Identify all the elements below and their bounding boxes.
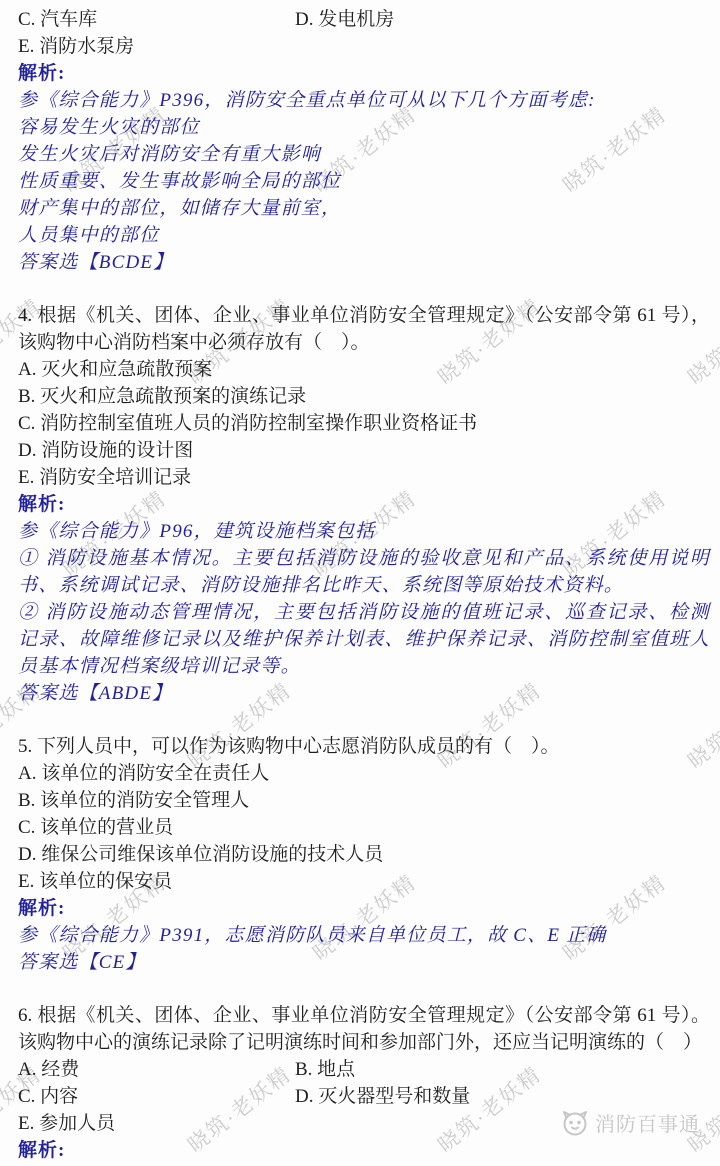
analysis-line: 参《综合能力》P96，建筑设施档案包括 xyxy=(18,518,710,545)
option-row: A. 经费B. 地点 xyxy=(18,1056,710,1083)
option-line: C. 消防控制室值班人员的消防控制室操作职业资格证书 xyxy=(18,410,710,437)
option-right: D. 发电机房 xyxy=(295,9,394,30)
question-stem: 6. 根据《机关、团体、企业、事业单位消防安全管理规定》（公安部令第 61 号）… xyxy=(18,1002,710,1056)
option-row: C. 内容D. 灭火器型号和数量 xyxy=(18,1083,710,1110)
analysis-label: 解析: xyxy=(18,895,710,922)
answer-line: 答案选【ABDE】 xyxy=(18,680,710,707)
analysis-line: ① 消防设施基本情况。主要包括消防设施的验收意见和产品、系统使用说明书、系统调试… xyxy=(18,545,710,599)
question-stem: 4. 根据《机关、团体、企业、事业单位消防安全管理规定》（公安部令第 61 号）… xyxy=(18,302,710,356)
option-line: A. 灭火和应急疏散预案 xyxy=(18,356,710,383)
spacer xyxy=(18,707,710,733)
option-line: B. 灭火和应急疏散预案的演练记录 xyxy=(18,383,710,410)
option-line: E. 消防水泵房 xyxy=(18,33,710,60)
option-row: C. 汽车库D. 发电机房 xyxy=(18,6,710,33)
option-line: B. 该单位的消防安全管理人 xyxy=(18,787,710,814)
analysis-line: 发生火灾后对消防安全有重大影响 xyxy=(18,141,710,168)
analysis-line: 性质重要、发生事故影响全局的部位 xyxy=(18,168,710,195)
document-content: C. 汽车库D. 发电机房E. 消防水泵房解析:参《综合能力》P396，消防安全… xyxy=(0,0,720,1164)
brand-watermark-text: 消防百事通 xyxy=(595,1108,700,1137)
option-line: C. 该单位的营业员 xyxy=(18,814,710,841)
option-line: E. 该单位的保安员 xyxy=(18,868,710,895)
option-left: C. 内容 xyxy=(18,1083,295,1110)
analysis-line: 人员集中的部位 xyxy=(18,222,710,249)
question-stem: 5. 下列人员中，可以作为该购物中心志愿消防队成员的有（ ）。 xyxy=(18,733,710,760)
cat-face-icon xyxy=(560,1110,590,1136)
option-line: E. 消防安全培训记录 xyxy=(18,464,710,491)
option-right: B. 地点 xyxy=(295,1059,355,1080)
analysis-label: 解析: xyxy=(18,60,710,87)
spacer xyxy=(18,976,710,1002)
answer-line: 答案选【CE】 xyxy=(18,949,710,976)
analysis-label: 解析: xyxy=(18,1137,710,1164)
option-line: A. 该单位的消防安全在责任人 xyxy=(18,760,710,787)
document-page: 晓筑·老妖精晓筑·老妖精晓筑·老妖精晓筑·老妖精晓筑·老妖精晓筑·老妖精晓筑·老… xyxy=(0,0,720,1166)
analysis-line: 参《综合能力》P396，消防安全重点单位可从以下几个方面考虑: xyxy=(18,87,710,114)
option-left: C. 汽车库 xyxy=(18,6,295,33)
option-left: A. 经费 xyxy=(18,1056,295,1083)
answer-line: 答案选【BCDE】 xyxy=(18,249,710,276)
option-line: D. 维保公司维保该单位消防设施的技术人员 xyxy=(18,841,710,868)
spacer xyxy=(18,276,710,302)
brand-watermark: 消防百事通 xyxy=(560,1108,700,1137)
option-right: D. 灭火器型号和数量 xyxy=(295,1086,470,1107)
analysis-line: ② 消防设施动态管理情况，主要包括消防设施的值班记录、巡查记录、检测记录、故障维… xyxy=(18,599,710,680)
analysis-line: 参《综合能力》P391，志愿消防队员来自单位员工，故 C、E 正确 xyxy=(18,922,710,949)
analysis-label: 解析: xyxy=(18,491,710,518)
analysis-line: 财产集中的部位，如储存大量前室， xyxy=(18,195,710,222)
analysis-line: 容易发生火灾的部位 xyxy=(18,114,710,141)
option-line: D. 消防设施的设计图 xyxy=(18,437,710,464)
